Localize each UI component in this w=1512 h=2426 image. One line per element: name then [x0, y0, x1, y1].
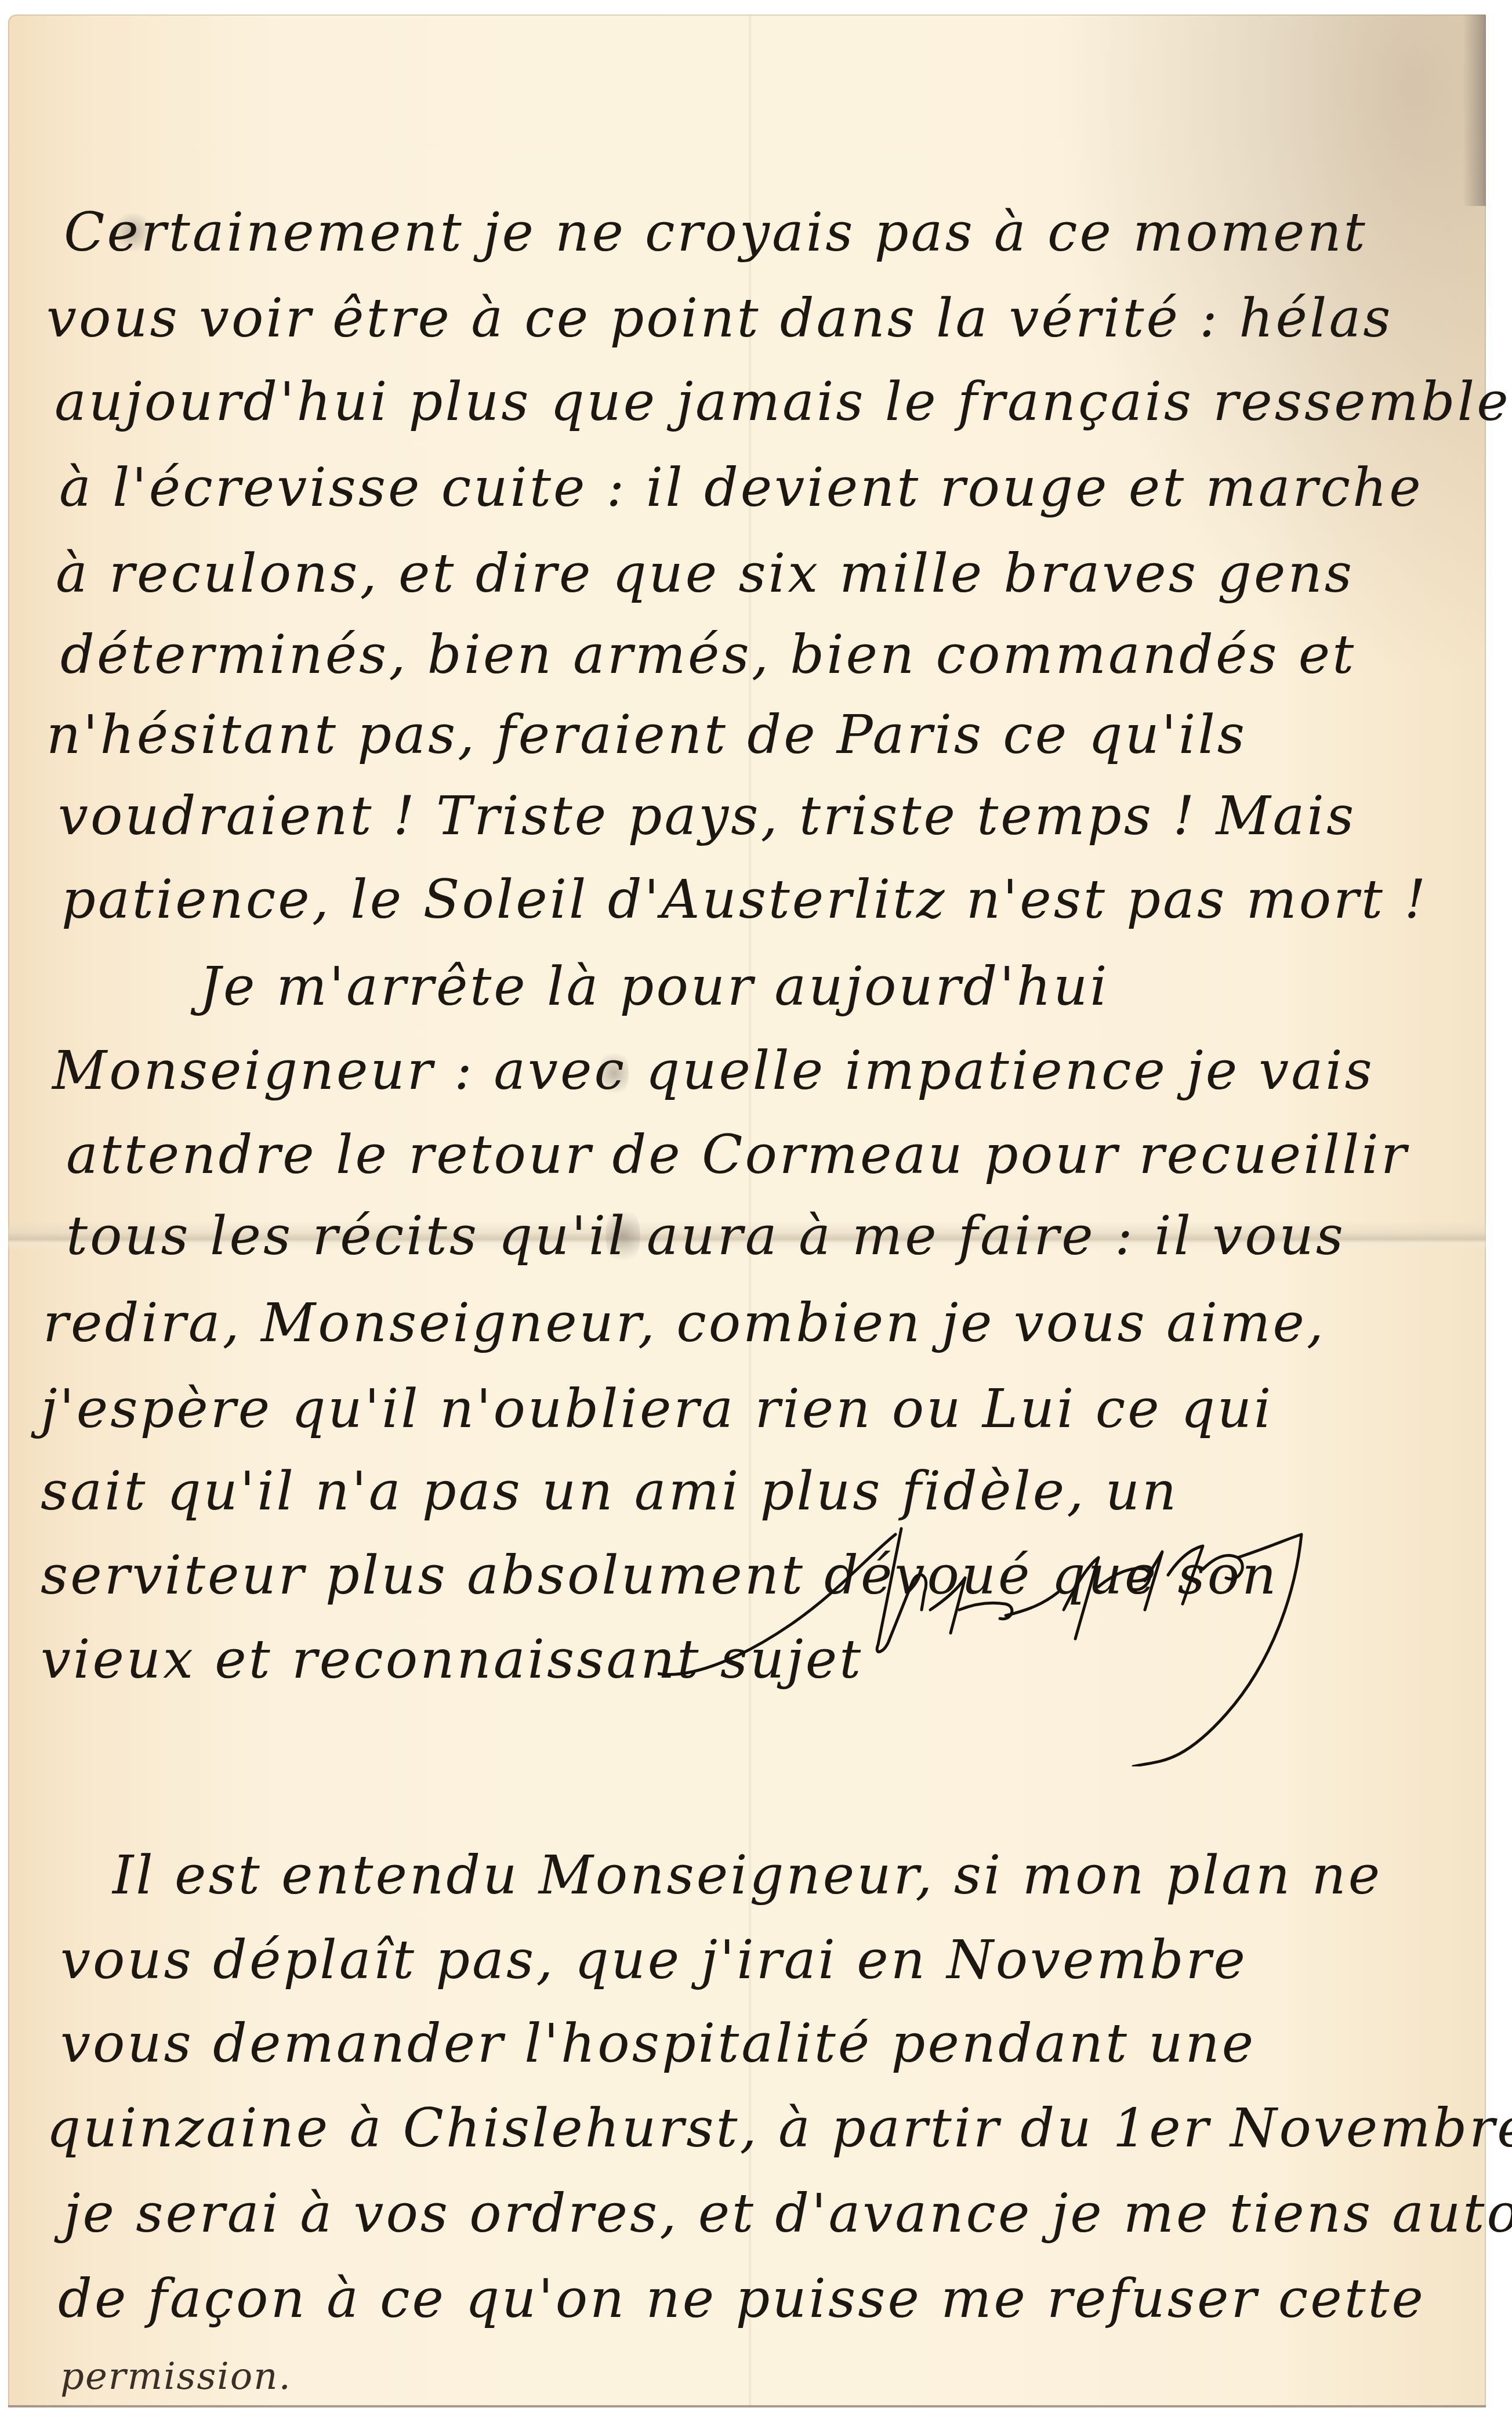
letter-line: aujourd'hui plus que jamais le français …: [55, 375, 1511, 429]
closing-word: permission.: [60, 2358, 292, 2395]
postscript-line: Il est entendu Monseigneur, si mon plan …: [113, 1849, 1382, 1902]
postscript-line: quinzaine à Chislehurst, à partir du 1er…: [46, 2102, 1512, 2155]
letter-line: patience, le Soleil d'Austerlitz n'est p…: [61, 873, 1428, 926]
letter-line: redira, Monseigneur, combien je vous aim…: [43, 1297, 1326, 1350]
letter-line: n'hésitant pas, feraient de Paris ce qu'…: [46, 708, 1247, 762]
letter-line: à reculons, et dire que six mille braves…: [56, 547, 1354, 600]
postscript-line: vous demander l'hospitalité pendant une: [60, 2017, 1256, 2070]
letter-line: j'espère qu'il n'oubliera rien ou Lui ce…: [41, 1382, 1273, 1436]
letter-line: Monseigneur : avec quelle impatience je …: [52, 1044, 1375, 1098]
postscript-line: je serai à vos ordres, et d'avance je me…: [64, 2187, 1512, 2240]
postscript-line: de façon à ce qu'on ne puisse me refuser…: [58, 2272, 1426, 2326]
letter-line: voudraient ! Triste pays, triste temps !…: [58, 790, 1356, 843]
letter-sheet: Certainement je ne croyais pas à ce mome…: [8, 15, 1486, 2407]
letter-line: Certainement je ne croyais pas à ce mome…: [64, 206, 1368, 259]
letter-line: Je m'arrête là pour aujourd'hui: [200, 960, 1109, 1013]
letter-line: à l'écrevisse cuite : il devient rouge e…: [59, 461, 1423, 515]
letter-line: vous voir être à ce point dans la vérité…: [46, 292, 1393, 345]
postscript-line: vous déplaît pas, que j'irai en Novembre: [60, 1933, 1248, 1987]
edge-stain: [1463, 15, 1486, 206]
signature: Schoenberg: [658, 1523, 1435, 1766]
letter-line: attendre le retour de Cormeau pour recue…: [66, 1128, 1409, 1182]
letter-line: déterminés, bien armés, bien commandés e…: [60, 628, 1356, 682]
bottom-edge: [8, 2405, 1486, 2407]
letter-line: tous les récits qu'il aura à me faire : …: [66, 1210, 1346, 1263]
